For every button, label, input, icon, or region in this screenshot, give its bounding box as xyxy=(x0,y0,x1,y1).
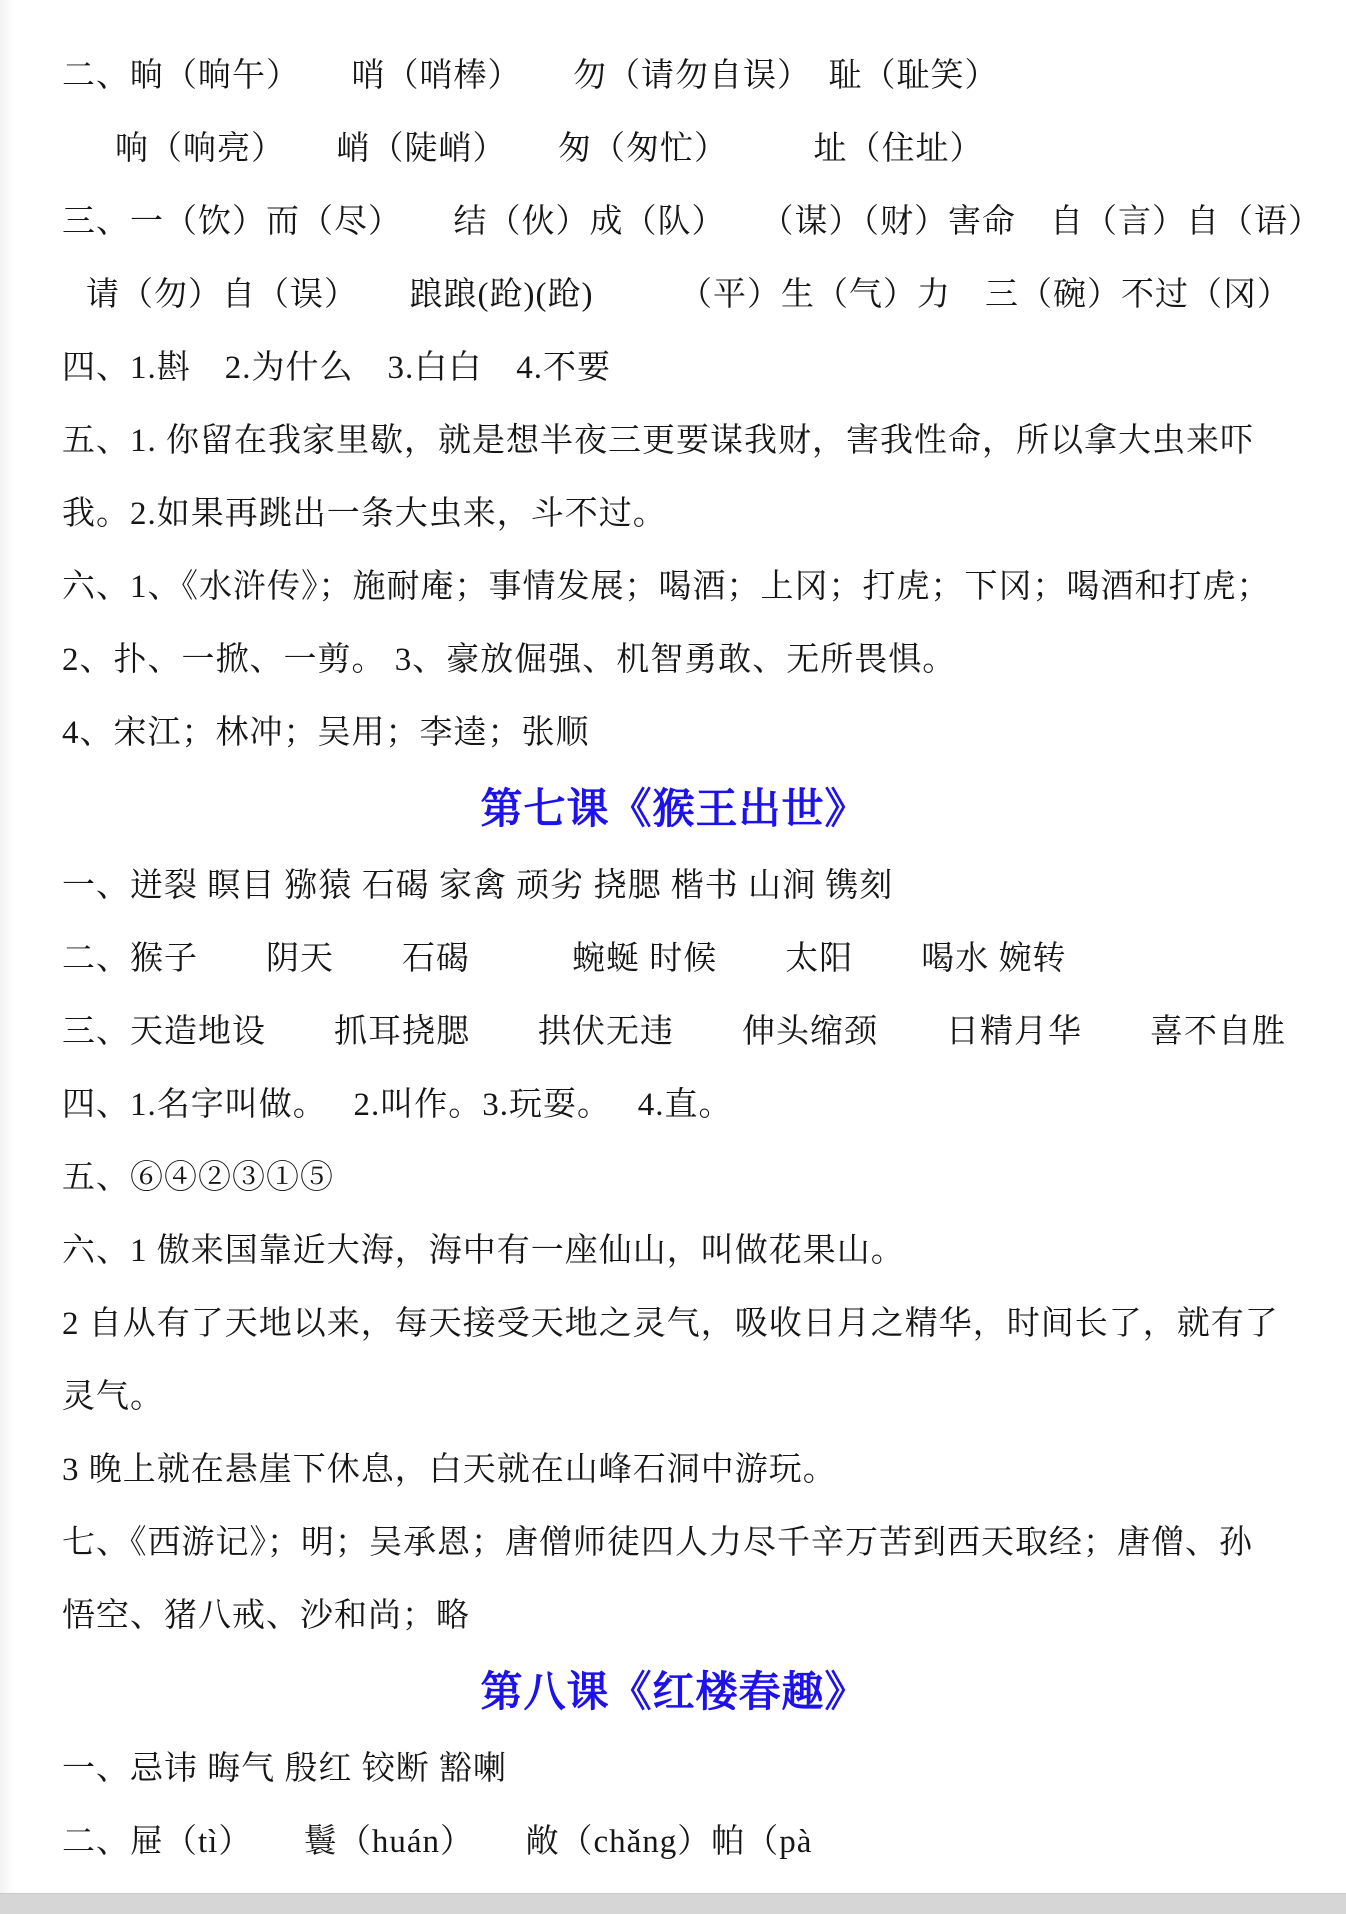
lesson7-answer-7-cont: 悟空、猪八戒、沙和尚；略 xyxy=(62,1580,1286,1653)
lesson7-answer-7: 七、《西游记》；明；吴承恩；唐僧师徒四人力尽千辛万苦到西天取经；唐僧、孙 xyxy=(62,1507,1286,1580)
answer-line-6-cont: 2、扑、一掀、一剪。 3、豪放倔强、机智勇敢、无所畏惧。 xyxy=(62,624,1286,697)
answer-line-2: 二、晌（晌午） 哨（哨棒） 勿（请勿自误） 耻（耻笑） xyxy=(62,40,1286,113)
lesson7-answer-6-cont2: 灵气。 xyxy=(62,1361,1286,1434)
lesson7-answer-6: 六、1 傲来国靠近大海，海中有一座仙山，叫做花果山。 xyxy=(62,1215,1286,1288)
answer-line-5-cont: 我。2.如果再跳出一条大虫来，斗不过。 xyxy=(62,478,1286,551)
answer-line-6-cont2: 4、宋江；林冲；吴用；李逵；张顺 xyxy=(62,697,1286,770)
lesson7-answer-3: 三、天造地设 抓耳挠腮 拱伏无违 伸头缩颈 日精月华 喜不自胜 xyxy=(62,996,1286,1069)
lesson7-answer-4: 四、1.名字叫做。 2.叫作。3.玩耍。 4.直。 xyxy=(62,1069,1286,1142)
lesson7-answer-6-cont3: 3 晚上就在悬崖下休息，白天就在山峰石洞中游玩。 xyxy=(62,1434,1286,1507)
answer-line-4: 四、1.斟 2.为什么 3.白白 4.不要 xyxy=(62,332,1286,405)
lesson7-answer-2: 二、猴子 阴天 石碣 蜿蜒 时候 太阳 喝水 婉转 xyxy=(62,923,1286,996)
lesson8-answer-1: 一、忌讳 晦气 殷红 铰断 豁喇 xyxy=(62,1733,1286,1806)
answer-line-3: 三、一（饮）而（尽） 结（伙）成（队） （谋）（财）害命 自（言）自（语） xyxy=(62,186,1286,259)
lesson7-answer-5: 五、⑥④②③①⑤ xyxy=(62,1142,1286,1215)
document-page: 二、晌（晌午） 哨（哨棒） 勿（请勿自误） 耻（耻笑） 响（响亮） 峭（陡峭） … xyxy=(0,0,1346,1914)
answer-line-3-cont: 请（勿）自（误） 踉踉(跄)(跄) （平）生（气）力 三（碗）不过（冈） xyxy=(62,259,1286,332)
lesson-heading-8: 第八课《红楼春趣》 xyxy=(62,1656,1286,1730)
lesson7-answer-1: 一、迸裂 瞑目 猕猿 石碣 家禽 顽劣 挠腮 楷书 山涧 镌刻 xyxy=(62,850,1286,923)
answer-line-2-cont: 响（响亮） 峭（陡峭） 匆（匆忙） 址（住址） xyxy=(62,113,1286,186)
answer-line-5: 五、1. 你留在我家里歇，就是想半夜三更要谋我财，害我性命，所以拿大虫来吓 xyxy=(62,405,1286,478)
answer-sheet-content: 二、晌（晌午） 哨（哨棒） 勿（请勿自误） 耻（耻笑） 响（响亮） 峭（陡峭） … xyxy=(0,0,1346,1879)
lesson-heading-7: 第七课《猴王出世》 xyxy=(62,773,1286,847)
lesson7-answer-6-cont: 2 自从有了天地以来，每天接受天地之灵气，吸收日月之精华，时间长了，就有了 xyxy=(62,1288,1286,1361)
lesson8-answer-2: 二、屉（tì） 鬟（huán） 敞（chǎng）帕（pà xyxy=(62,1806,1286,1879)
scan-bottom-edge xyxy=(0,1893,1346,1914)
answer-line-6: 六、1、《水浒传》；施耐庵；事情发展；喝酒；上冈；打虎；下冈；喝酒和打虎； xyxy=(62,551,1286,624)
